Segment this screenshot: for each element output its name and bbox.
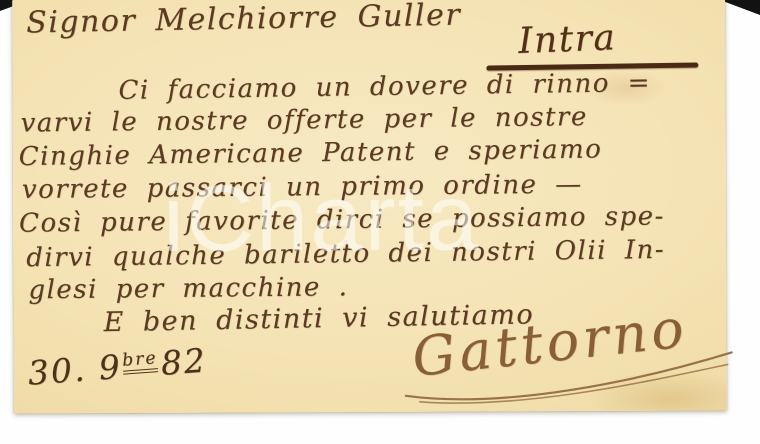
body-line-7: glesi per macchine . — [28, 272, 348, 305]
postcard: Signor Melchiorre Guller Intra Ci faccia… — [12, 0, 727, 414]
body-line-2: varvi le nostre offerte per le nostre — [20, 102, 587, 138]
scanned-postcard-photo: Signor Melchiorre Guller Intra Ci faccia… — [0, 0, 760, 444]
scan-background-corner-right — [720, 0, 760, 15]
body-line-1: Ci facciamo un dovere di rinno = — [118, 68, 651, 106]
date-day-month: 30. 9 — [27, 347, 124, 393]
date-month-suffix: bre — [122, 348, 159, 375]
place-name: Intra — [518, 17, 618, 62]
date-line: 30. 9bre82 — [27, 341, 209, 393]
signature-flourish-icon — [402, 348, 737, 404]
body-line-3: Cinghie Americane Patent e speriamo — [19, 134, 603, 172]
body-line-4: vorrete passarci un primo ordine — — [22, 170, 583, 205]
body-line-5: Così pure favorite dirci se possiamo spe… — [19, 201, 665, 238]
recipient-line: Signor Melchiorre Guller — [26, 0, 462, 41]
date-year: 82 — [159, 341, 208, 383]
body-line-6: dirvi qualche bariletto dei nostri Olii … — [26, 235, 665, 273]
